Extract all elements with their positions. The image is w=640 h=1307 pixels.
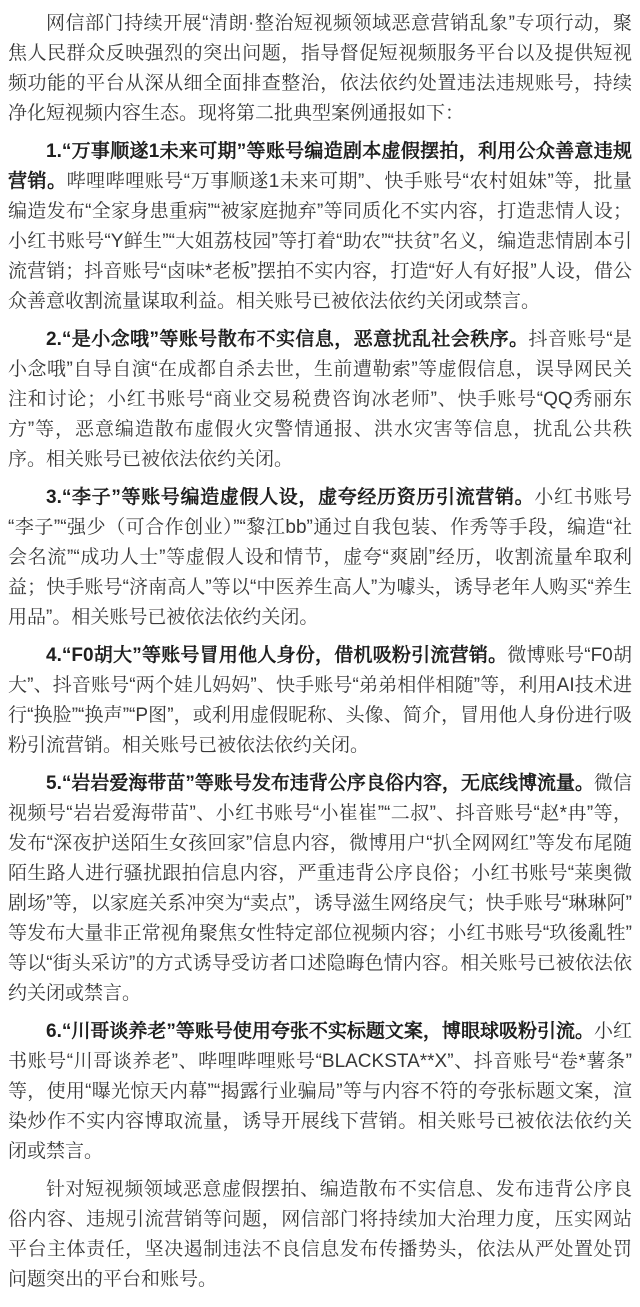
case-2-body: 抖音账号“是小念哦”自导自演“在成都自杀去世，生前遭勒索”等虚假信息，误导网民关… — [8, 329, 632, 470]
case-paragraph-3: 3.“李子”等账号编造虚假人设，虚夸经历资历引流营销。小红书账号“李子”“强少（… — [8, 483, 632, 633]
case-3-body: 小红书账号“李子”“强少（可合作创业）”“黎江bb”通过自我包装、作秀等手段，编… — [8, 487, 632, 628]
notice-document: 网信部门持续开展“清朗·整治短视频领域恶意营销乱象”专项行动，聚焦人民群众反映强… — [0, 0, 640, 1307]
case-paragraph-1: 1.“万事顺遂1未来可期”等账号编造剧本虚假摆拍，利用公众善意违规营销。哔哩哔哩… — [8, 137, 632, 317]
case-paragraph-2: 2.“是小念哦”等账号散布不实信息，恶意扰乱社会秩序。抖音账号“是小念哦”自导自… — [8, 325, 632, 475]
case-1-body: 哔哩哔哩账号“万事顺遂1未来可期”、快手账号“农村姐妹”等，批量编造发布“全家身… — [8, 171, 632, 312]
case-6-lead: 6.“川哥谈养老”等账号使用夸张不实标题文案，博眼球吸粉引流。 — [46, 1021, 594, 1042]
case-3-lead: 3.“李子”等账号编造虚假人设，虚夸经历资历引流营销。 — [46, 487, 534, 508]
intro-paragraph: 网信部门持续开展“清朗·整治短视频领域恶意营销乱象”专项行动，聚焦人民群众反映强… — [8, 9, 632, 129]
closing-text: 针对短视频领域恶意虚假摆拍、编造散布不实信息、发布违背公序良俗内容、违规引流营销… — [8, 1179, 632, 1290]
case-paragraph-6: 6.“川哥谈养老”等账号使用夸张不实标题文案，博眼球吸粉引流。小红书账号“川哥谈… — [8, 1017, 632, 1167]
intro-text: 网信部门持续开展“清朗·整治短视频领域恶意营销乱象”专项行动，聚焦人民群众反映强… — [8, 13, 632, 124]
case-paragraph-4: 4.“F0胡大”等账号冒用他人身份，借机吸粉引流营销。微博账号“F0胡大”、抖音… — [8, 641, 632, 761]
case-5-body: 微信视频号“岩岩爱海带苗”、小红书账号“小崔崔”“二叔”、抖音账号“赵*冉”等，… — [8, 773, 632, 1004]
case-6-body: 小红书账号“川哥谈养老”、哔哩哔哩账号“BLACKSTA**X”、抖音账号“卷*… — [8, 1021, 632, 1162]
case-5-lead: 5.“岩岩爱海带苗”等账号发布违背公序良俗内容，无底线博流量。 — [46, 773, 594, 794]
case-paragraph-5: 5.“岩岩爱海带苗”等账号发布违背公序良俗内容，无底线博流量。微信视频号“岩岩爱… — [8, 769, 632, 1009]
case-4-lead: 4.“F0胡大”等账号冒用他人身份，借机吸粉引流营销。 — [46, 645, 507, 666]
closing-paragraph: 针对短视频领域恶意虚假摆拍、编造散布不实信息、发布违背公序良俗内容、违规引流营销… — [8, 1175, 632, 1295]
case-2-lead: 2.“是小念哦”等账号散布不实信息，恶意扰乱社会秩序。 — [46, 329, 529, 350]
